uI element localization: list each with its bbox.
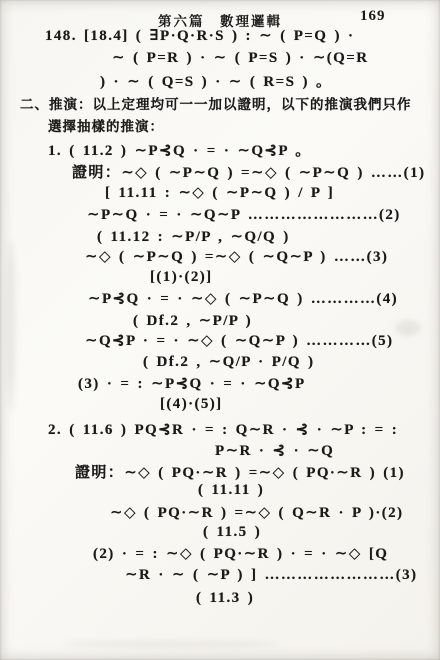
section-2-intro-line-2: 選擇抽樣的推演： — [48, 115, 164, 135]
theorem-148-line-3: ) · ∼ ( Q=S ) · ∼ ( R=S ) 。 — [100, 70, 332, 91]
deduction-1-proof-step-5: ∼Q⊰P · = · ∼◇ ( ∼Q∼P ) …………(5) — [85, 331, 393, 350]
deduction-1-proof-step-3: ∼◇ ( ∼P∼Q ) =∼◇ ( ∼Q∼P ) ……(3) — [85, 247, 388, 266]
deduction-1-proof-step-4: ∼P⊰Q · = · ∼◇ ( ∼P∼Q ) …………(4) — [88, 289, 398, 308]
theorem-148-line-2: ∼ ( P=R ) · ∼ ( P=S ) · ∼(Q=R — [112, 48, 368, 67]
deduction-1-conclusion: (3) · = : ∼P⊰Q · = · ∼Q⊰P — [78, 374, 306, 393]
deduction-2-proof-step-1: 證明：∼◇ ( PQ·∼R ) =∼◇ ( PQ·∼R ) (1) — [75, 461, 405, 482]
deduction-2-proof-step-3-line-1: (2) · = : ∼◇ ( PQ·∼R ) · = · ∼◇ [Q — [93, 544, 388, 563]
deduction-1-justification-df2-a: ( Df.2 , ∼P/P ) — [133, 311, 252, 330]
section-2-intro-line-1: 二、推演：以上定理均可一一加以證明，以下的推演我們只作 — [20, 93, 412, 113]
scan-smudge — [6, 240, 16, 410]
deduction-1-proof-step-2: ∼P∼Q · = · ∼Q∼P ……………………(2) — [87, 205, 401, 224]
deduction-1-justification-11-12: ( 11.12 : ∼P/P , ∼Q/Q ) — [97, 227, 290, 246]
deduction-2-statement-line-2: P∼R · ⊰ · ∼Q — [215, 441, 334, 460]
deduction-2-statement-line-1: 2. ( 11.6 ) PQ⊰R · = : Q∼R · ⊰ · ∼P : = … — [48, 420, 398, 439]
page-number: 169 — [360, 8, 386, 25]
deduction-2-justification-11-11: ( 11.11 ) — [198, 482, 264, 499]
deduction-1-justification-11-11: [ 11.11 : ∼◇ ( ∼P∼Q ) / P ] — [105, 183, 334, 202]
scan-smudge — [395, 320, 421, 336]
deduction-2-justification-11-3: ( 11.3 ) — [196, 590, 254, 607]
deduction-2-justification-11-5: ( 11.5 ) — [203, 524, 261, 541]
theorem-148-line-1: 148. [18.4] ( ∃P·Q·R·S ) : ∼ ( P=Q ) · — [45, 26, 354, 45]
deduction-1-statement: 1. ( 11.2 ) ∼P⊰Q · = · ∼Q⊰P 。 — [48, 139, 312, 160]
deduction-1-justification-steps-4-5: [(4)·(5)] — [160, 396, 223, 413]
deduction-2-proof-step-2: ∼◇ ( PQ·∼R ) =∼◇ ( Q∼R · P )·(2) — [110, 503, 403, 522]
scan-smudge — [60, 640, 280, 648]
deduction-2-proof-step-3-line-2: ∼R · ∼ ( ∼P ) ] ……………………(3) — [125, 565, 417, 584]
deduction-1-justification-steps-1-2: [(1)·(2)] — [150, 269, 213, 286]
deduction-1-proof-step-1: 證明：∼◇ ( ∼P∼Q ) =∼◇ ( ∼P∼Q ) ……(1) — [72, 161, 425, 182]
book-page-scan: 第六篇 數理邏輯 169 148. [18.4] ( ∃P·Q·R·S ) : … — [0, 0, 440, 660]
deduction-1-justification-df2-b: ( Df.2 , ∼Q/P · P/Q ) — [143, 352, 314, 371]
